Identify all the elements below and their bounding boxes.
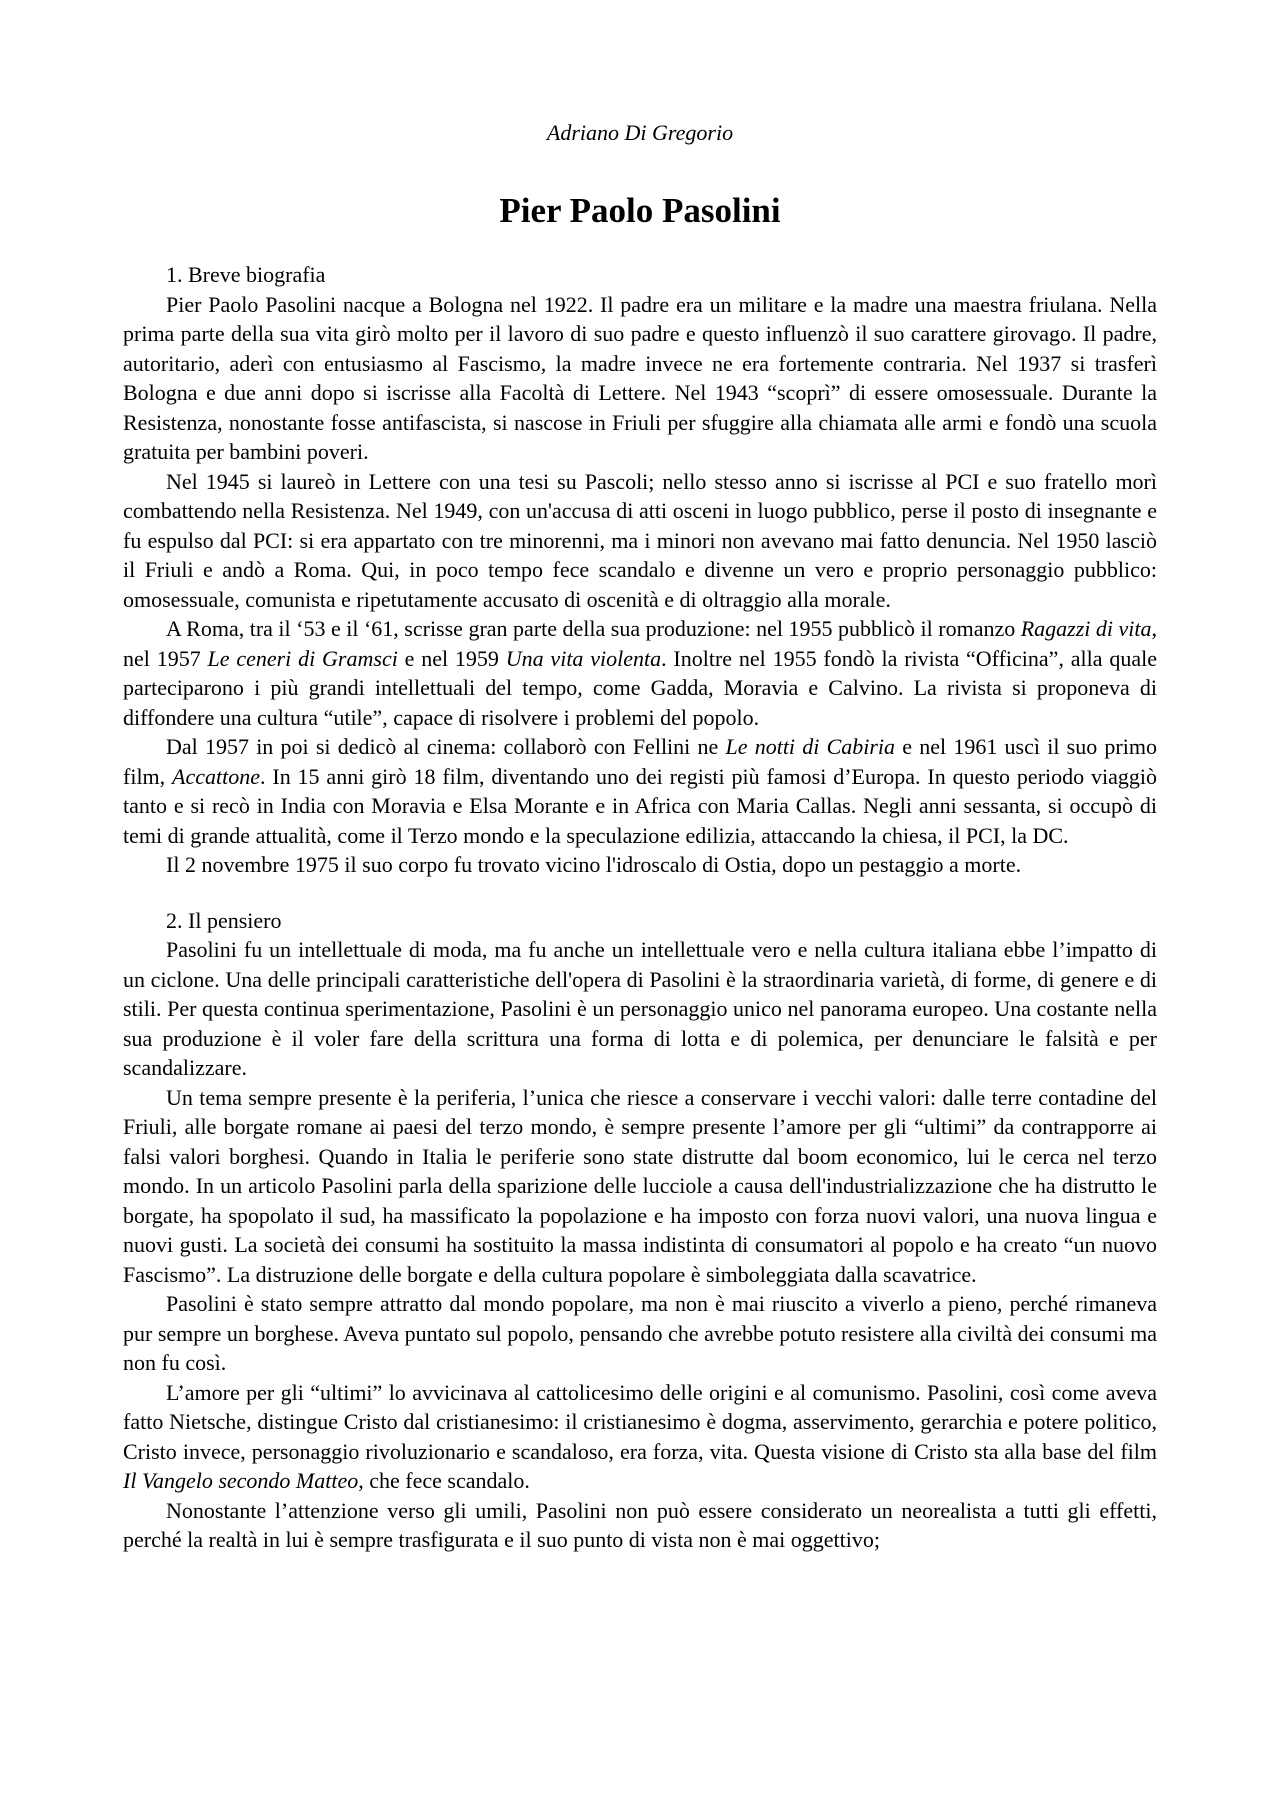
paragraph: Il 2 novembre 1975 il suo corpo fu trova… (123, 850, 1157, 880)
section: 2. Il pensieroPasolini fu un intellettua… (123, 906, 1157, 1555)
paragraph: Un tema sempre presente è la periferia, … (123, 1083, 1157, 1290)
paragraph: Pier Paolo Pasolini nacque a Bologna nel… (123, 290, 1157, 467)
section-heading: 1. Breve biografia (123, 260, 1157, 290)
paragraph: A Roma, tra il ‘53 e il ‘61, scrisse gra… (123, 614, 1157, 732)
italic-work-title: Le ceneri di Gramsci (208, 646, 398, 671)
italic-work-title: Accattone (172, 764, 260, 789)
section: 1. Breve biografiaPier Paolo Pasolini na… (123, 260, 1157, 880)
page-title: Pier Paolo Pasolini (123, 188, 1157, 234)
paragraph: Pasolini fu un intellettuale di moda, ma… (123, 935, 1157, 1083)
paragraph: Nel 1945 si laureò in Lettere con una te… (123, 467, 1157, 615)
italic-work-title: Una vita violenta (506, 646, 661, 671)
italic-work-title: Ragazzi di vita (1021, 616, 1152, 641)
section-heading: 2. Il pensiero (123, 906, 1157, 936)
document-content: Adriano Di Gregorio Pier Paolo Pasolini … (0, 0, 1280, 1555)
paragraph: L’amore per gli “ultimi” lo avvicinava a… (123, 1378, 1157, 1496)
italic-work-title: Il Vangelo secondo Matteo (123, 1468, 358, 1493)
paragraph: Nonostante l’attenzione verso gli umili,… (123, 1496, 1157, 1555)
document-page: Adriano Di Gregorio Pier Paolo Pasolini … (0, 0, 1280, 1811)
paragraph: Pasolini è stato sempre attratto dal mon… (123, 1289, 1157, 1378)
paragraph: Dal 1957 in poi si dedicò al cinema: col… (123, 732, 1157, 850)
italic-work-title: Le notti di Cabiria (725, 734, 895, 759)
document-body: 1. Breve biografiaPier Paolo Pasolini na… (123, 260, 1157, 1555)
author-byline: Adriano Di Gregorio (123, 118, 1157, 148)
